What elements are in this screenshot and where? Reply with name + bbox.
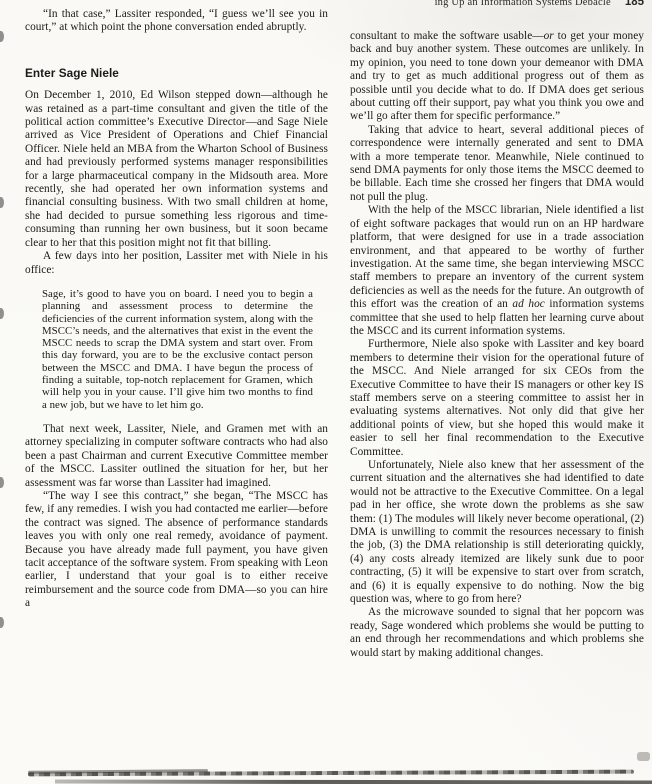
software-search-text: With the help of the MSCC librarian, Nie… (350, 204, 644, 310)
scan-artifact-edge-mark (0, 197, 4, 208)
paragraph-correspondence: Taking that advice to heart, several add… (350, 124, 644, 204)
paragraph-microwave-popcorn: As the microwave sounded to signal that … (350, 606, 644, 660)
attorney-advice-emphasis: or (544, 30, 554, 42)
paragraph-lassiter-meeting: A few days into her position, Lassiter m… (25, 250, 328, 277)
scan-artifact-smudge (637, 752, 650, 761)
scan-artifact-edge-mark (0, 477, 4, 488)
page-number: 185 (625, 0, 644, 8)
paragraph-attorney-advice: consultant to make the software usable—o… (350, 30, 644, 124)
section-heading-enter-sage-niele: Enter Sage Niele (25, 67, 328, 80)
scan-artifact-edge-mark (0, 308, 4, 319)
scan-artifact-squiggle-line (28, 770, 634, 777)
paragraph-software-search: With the help of the MSCC librarian, Nie… (350, 204, 644, 338)
paragraph-legal-pad-problems: Unfortunately, Niele also knew that her … (350, 459, 644, 606)
paragraph-steering-committee: Furthermore, Niele also spoke with Lassi… (350, 338, 644, 459)
paragraph-lassiter-court: “In that case,” Lassiter responded, “I g… (25, 8, 328, 35)
attorney-advice-continued: to get your money back and buy another s… (350, 30, 644, 122)
paragraph-attorney-meeting: That next week, Lassiter, Niele, and Gra… (25, 423, 328, 490)
right-column: consultant to make the software usable—o… (350, 30, 644, 660)
paragraph-niele-background: On December 1, 2010, Ed Wilson stepped d… (25, 89, 328, 250)
scan-artifact-bottom-edge (55, 779, 652, 784)
running-header-line: ing Up an Information Systems Debacle185 (435, 0, 644, 10)
block-quote-lassiter: Sage, it’s good to have you on board. I … (42, 288, 313, 411)
attorney-advice-text: consultant to make the software usable— (350, 30, 544, 42)
running-header-title: ing Up an Information Systems Debacle (435, 0, 611, 8)
scanned-page: ing Up an Information Systems Debacle185… (0, 0, 652, 784)
left-column: “In that case,” Lassiter responded, “I g… (25, 8, 328, 611)
paragraph-contract-assessment: “The way I see this contract,” she began… (25, 490, 328, 611)
ad-hoc-emphasis: ad hoc (512, 298, 544, 310)
scan-artifact-edge-mark (0, 31, 4, 42)
scan-artifact-edge-mark (0, 617, 4, 628)
